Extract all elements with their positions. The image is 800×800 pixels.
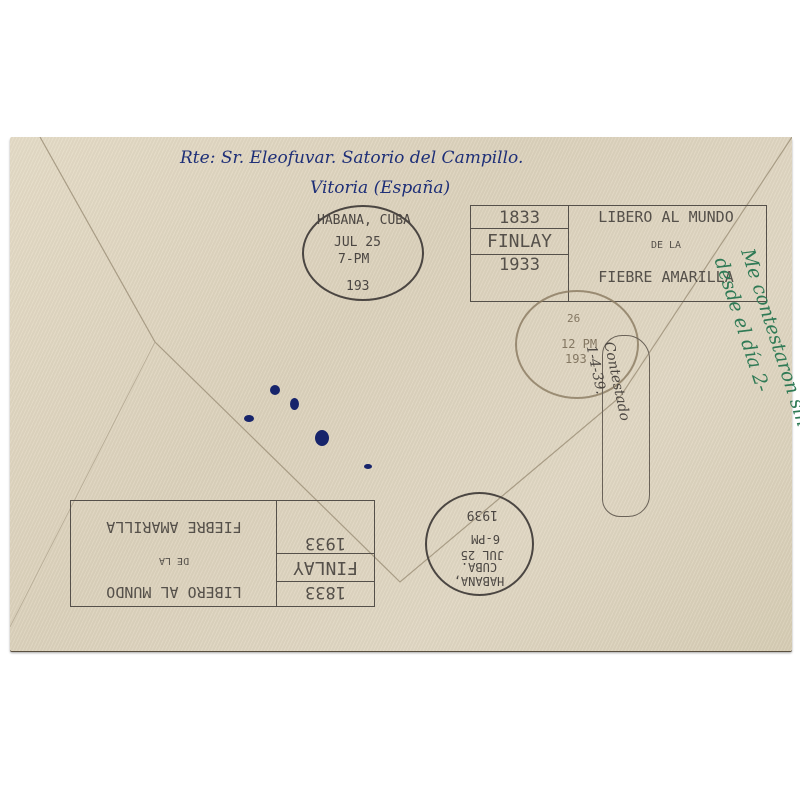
ink-blot: [290, 398, 299, 410]
postmark-habana-bottom: HABANA, CUBA. JUL 25 6-PM 1939: [425, 492, 534, 596]
postmark-habana-top: HABANA, CUBA JUL 25 7-PM 193: [302, 205, 424, 301]
ink-blot: [270, 385, 280, 395]
ink-blot: [315, 430, 329, 446]
sender-city-line: Vitoria (España): [310, 178, 450, 198]
sender-name-line: Rte: Sr. Eleofuvar. Satorio del Campillo…: [180, 148, 523, 168]
ink-blot: [244, 415, 254, 422]
slogan-cancel-bottom: 1833 FINLAY 1933 LIBERO AL MUNDO DE LA F…: [70, 500, 375, 607]
ink-blot: [364, 464, 372, 469]
